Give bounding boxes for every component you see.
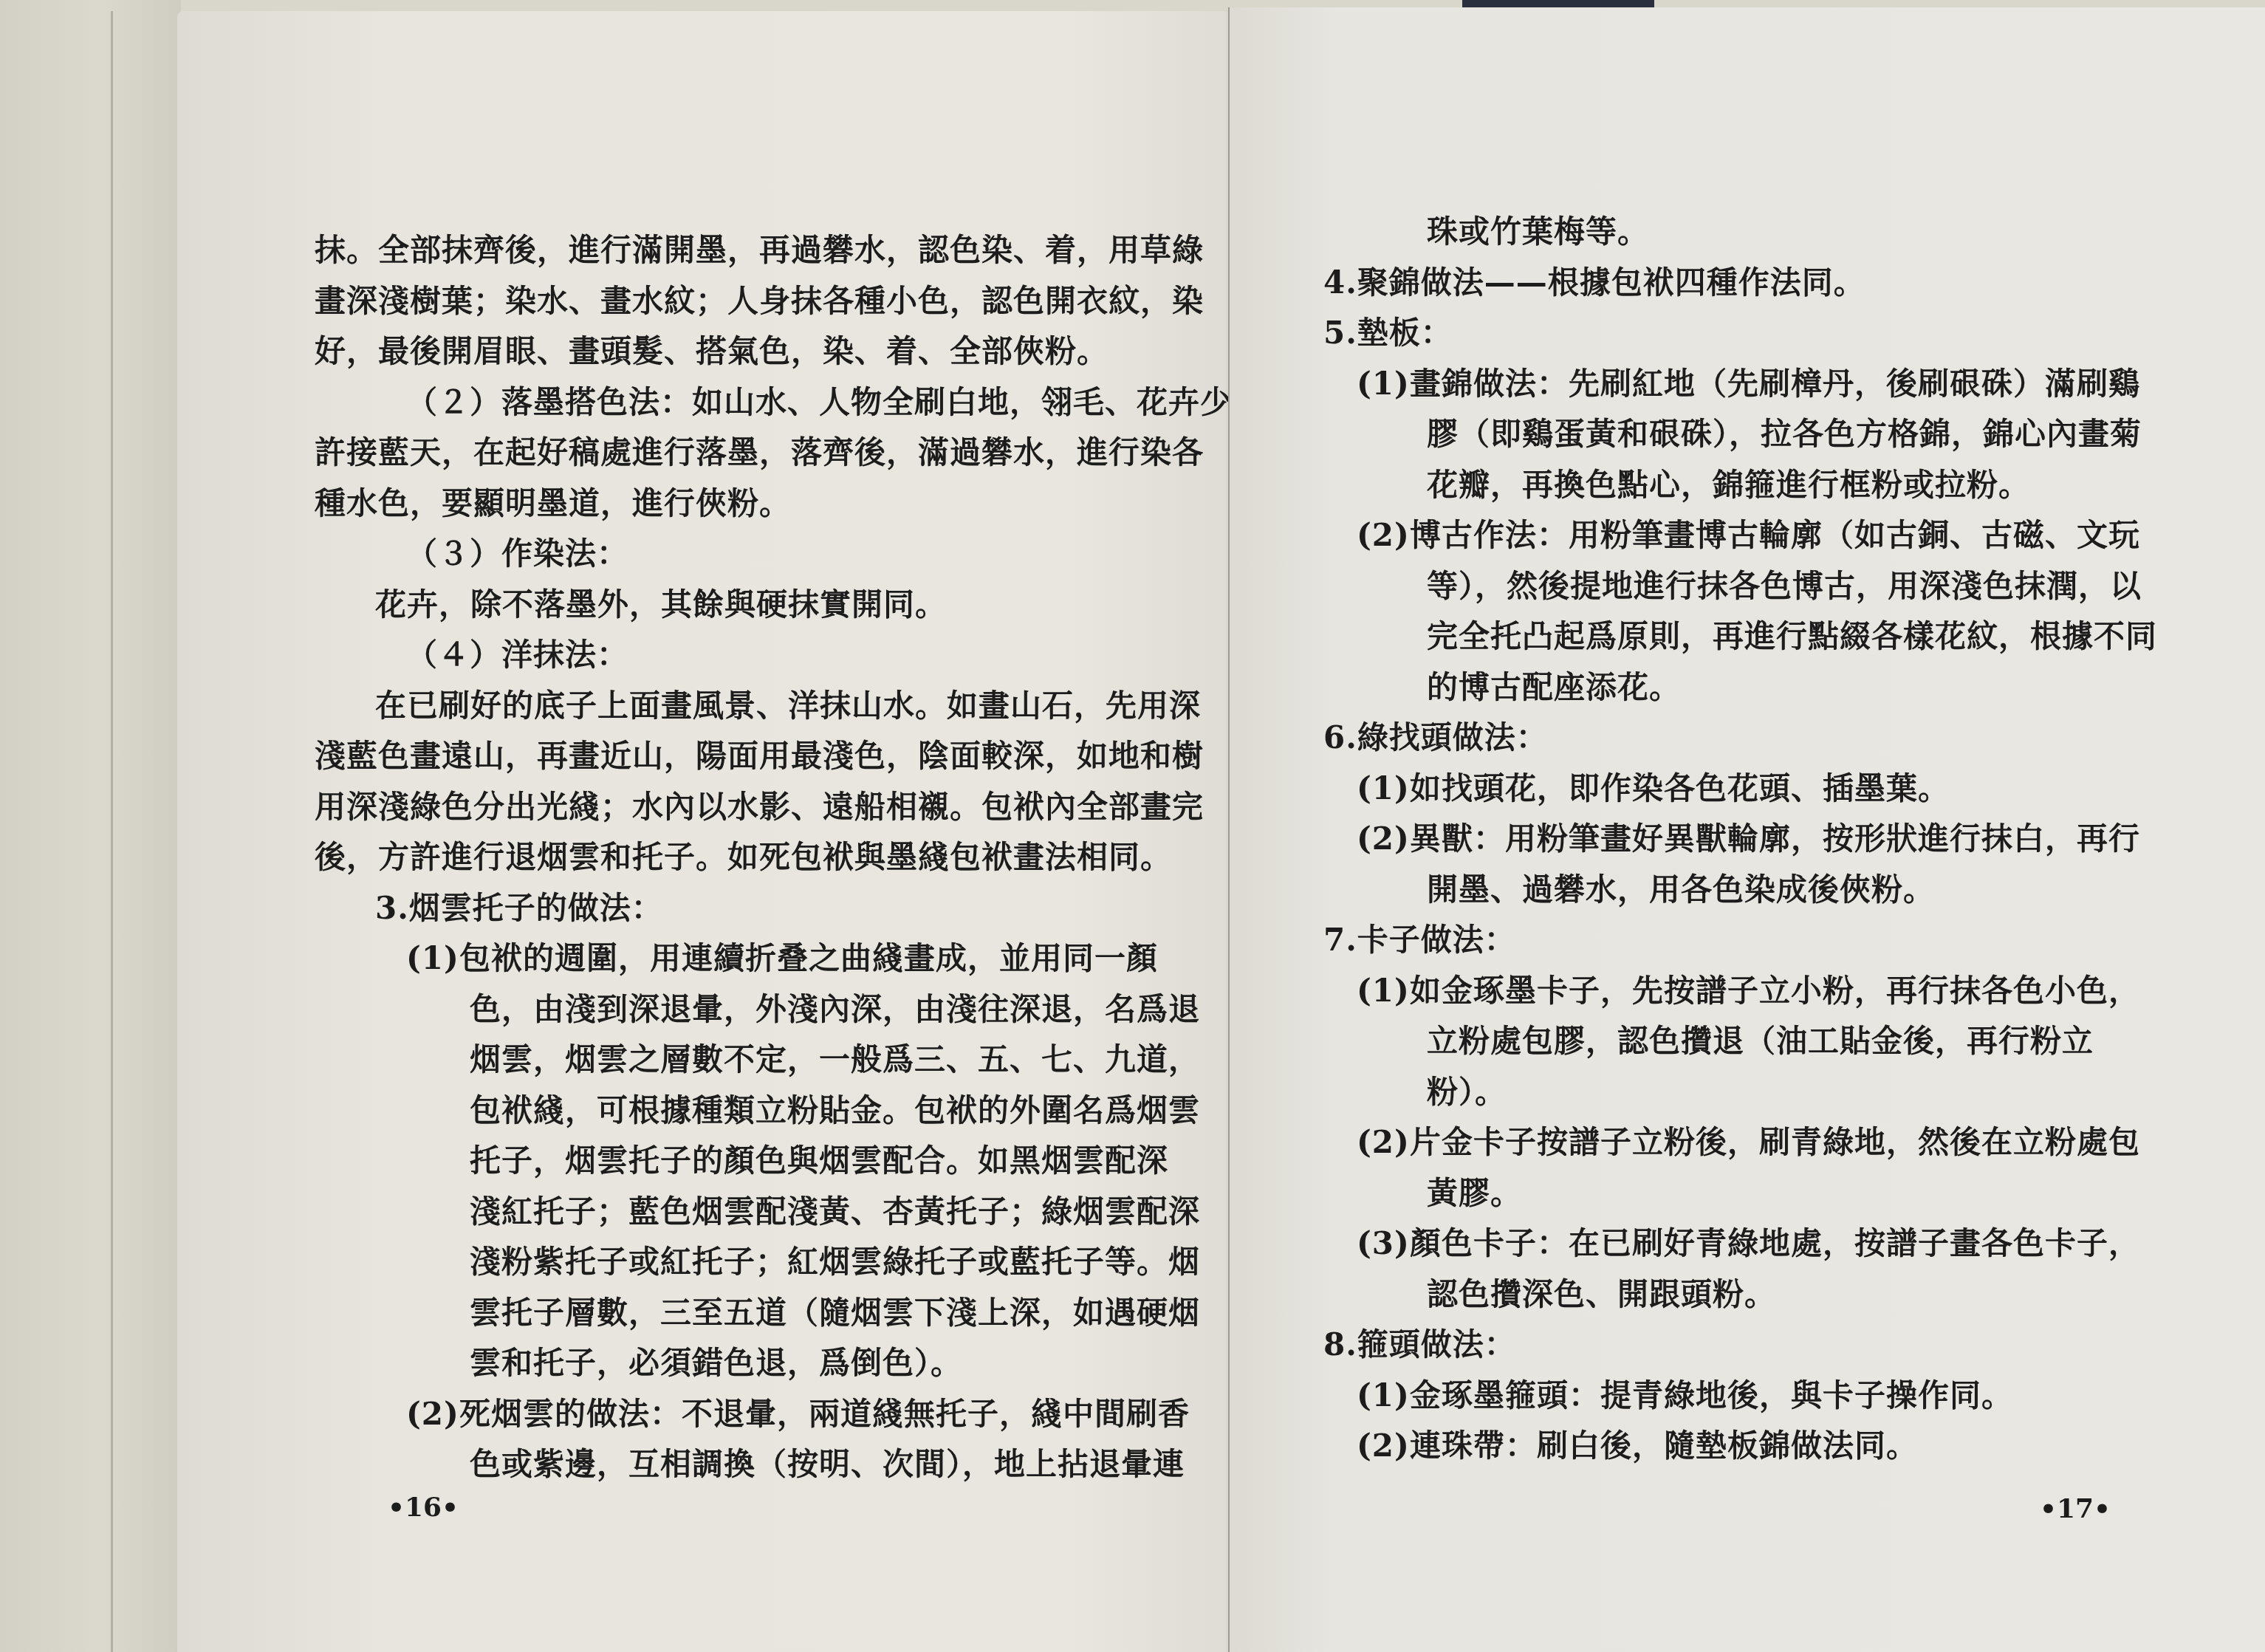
section-heading: 4.聚錦做法——根據包袱四種作法同。 — [1323, 258, 2265, 309]
text-line: (1)如找頭花，即作染各色花頭、插墨葉。 — [1323, 764, 2265, 815]
section-heading: 5.墊板： — [1323, 308, 2265, 359]
text-line: 認色攢深色、開跟頭粉。 — [1323, 1269, 2265, 1320]
binding-strip — [1462, 0, 1654, 7]
text-line: (2)博古作法：用粉筆畫博古輪廓（如古銅、古磁、文玩 — [1323, 510, 2265, 561]
section-heading: 8.箍頭做法： — [1323, 1320, 2265, 1371]
section-heading: 7.卡子做法： — [1323, 915, 2265, 966]
page-fold-line — [111, 11, 113, 1652]
text-line: 等），然後提地進行抹各色博古，用深淺色抹潤，以 — [1323, 561, 2265, 612]
text-line: 黃膠。 — [1323, 1168, 2265, 1219]
text-line: 粉）。 — [1323, 1067, 2265, 1118]
text-line: 的博古配座添花。 — [1323, 662, 2265, 713]
text-line: 膠（即鷄蛋黃和硍硃），拉各色方格錦，錦心內畫菊 — [1323, 409, 2265, 460]
underlying-page-edge — [0, 0, 181, 1652]
text-line: (2)異獸：用粉筆畫好異獸輪廓，按形狀進行抹白，再行 — [1323, 814, 2265, 865]
text-line: 花瓣，再換色點心，錦箍進行框粉或拉粉。 — [1323, 460, 2265, 511]
text-line: (1)如金琢墨卡子，先按譜子立小粉，再行抹各色小色， — [1323, 966, 2265, 1017]
page-number: •16• — [388, 1492, 459, 1523]
right-page: 珠或竹葉梅等。 4.聚錦做法——根據包袱四種作法同。 5.墊板： (1)畫錦做法… — [1228, 7, 2265, 1652]
text-line: (2)片金卡子按譜子立粉後，刷青綠地，然後在立粉處包 — [1323, 1117, 2265, 1168]
section-heading: 6.綠找頭做法： — [1323, 713, 2265, 764]
text-line: 珠或竹葉梅等。 — [1323, 207, 2265, 258]
text-line: (1)畫錦做法：先刷紅地（先刷樟丹，後刷硍硃）滿刷鷄 — [1323, 359, 2265, 410]
text-line: (3)顏色卡子：在已刷好青綠地處，按譜子畫各色卡子， — [1323, 1219, 2265, 1269]
text-line: 完全托凸起爲原則，再進行點綴各樣花紋，根據不同 — [1323, 611, 2265, 662]
left-page: 抹。全部抹齊後，進行滿開墨，再過礬水，認色染、着，用草綠 畫深淺樹葉；染水、畫水… — [177, 11, 1226, 1652]
right-page-body: 珠或竹葉梅等。 4.聚錦做法——根據包袱四種作法同。 5.墊板： (1)畫錦做法… — [1323, 207, 2265, 1472]
text-line: (1)金琢墨箍頭：提青綠地後，與卡子操作同。 — [1323, 1371, 2265, 1422]
page-number: •17• — [2040, 1493, 2111, 1524]
text-line: 立粉處包膠，認色攢退（油工貼金後，再行粉立 — [1323, 1016, 2265, 1067]
text-line: 開墨、過礬水，用各色染成後俠粉。 — [1323, 865, 2265, 916]
text-line: (2)連珠帶：刷白後，隨墊板錦做法同。 — [1323, 1421, 2265, 1472]
